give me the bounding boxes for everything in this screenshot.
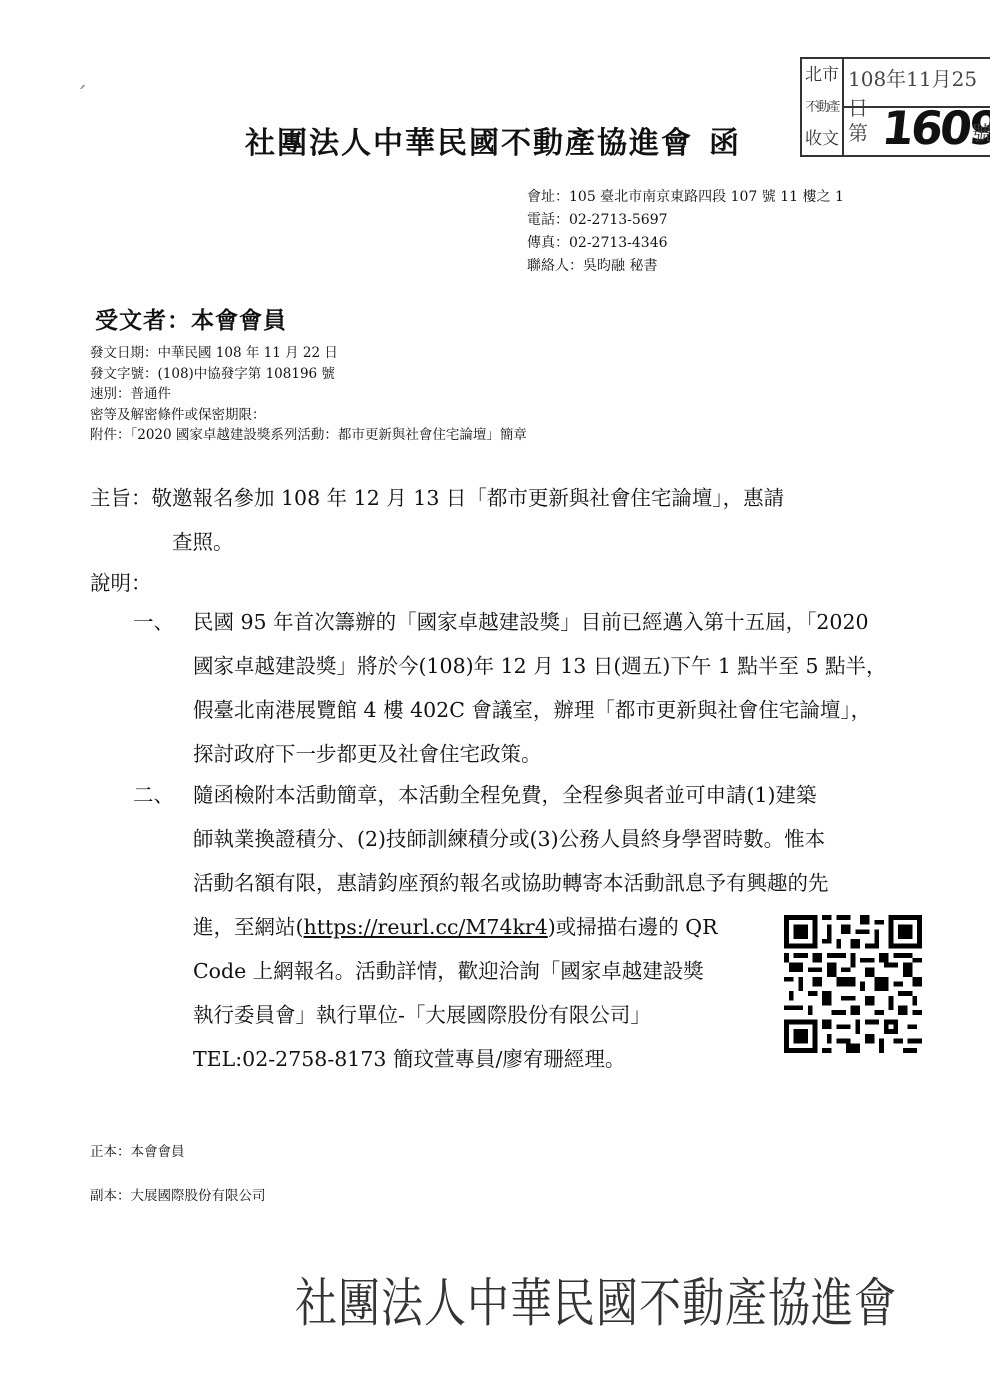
speed-category: 速別：普通件 — [90, 384, 527, 405]
document-type: 函 — [709, 126, 741, 161]
item-line-text: 進，至網站( — [193, 915, 304, 939]
item-line: 隨函檢附本活動簡章，本活動全程免費，全程參與者並可申請(1)建築 — [193, 773, 829, 817]
document-number: 發文字號：(108)中協發字第 108196 號 — [90, 364, 527, 385]
stamp-label-line3: 收文 — [802, 123, 842, 155]
stamp-suffix: 號 — [972, 117, 990, 146]
document-title: 社團法人中華民國不動產協進會函 — [245, 118, 741, 162]
stamp-label: 北市 不動產 收文 — [802, 59, 844, 155]
recipient: 受文者：本會會員 — [95, 302, 287, 335]
contact-block: 會址：105 臺北市南京東路四段 107 號 11 樓之 1 電話：02-271… — [527, 186, 844, 278]
subject: 主旨：敬邀報名參加 108 年 12 月 13 日「都市更新與社會住宅論壇」，惠… — [90, 476, 784, 564]
issue-date: 發文日期：中華民國 108 年 11 月 22 日 — [90, 343, 527, 364]
document-meta: 發文日期：中華民國 108 年 11 月 22 日 發文字號：(108)中協發字… — [90, 343, 527, 446]
item-line: 假臺北南港展覽館 4 樓 402C 會議室，辦理「都市更新與社會住宅論壇」， — [193, 688, 887, 732]
stamp-prefix: 第 — [848, 117, 868, 146]
item-line-text: )或掃描右邊的 QR — [548, 915, 718, 939]
distribution-original: 正本：本會會員 — [90, 1140, 185, 1160]
qr-code-icon[interactable] — [784, 915, 922, 1053]
organization-seal: 社團法人中華民國不動產協進會 — [295, 1262, 897, 1337]
subject-line2: 查照。 — [90, 520, 784, 564]
item-line: 執行委員會」執行單位-「大展國際股份有限公司」 — [193, 993, 829, 1037]
phone: 電話：02-2713-5697 — [527, 209, 844, 232]
classification: 密等及解密條件或保密期限： — [90, 405, 527, 426]
item-line: 民國 95 年首次籌辦的「國家卓越建設獎」目前已經邁入第十五屆，「2020 — [193, 600, 887, 644]
item-line: TEL:02-2758-8173 簡玟萱專員/廖宥珊經理。 — [193, 1037, 829, 1081]
item-marker: 一、 — [133, 600, 174, 644]
item-line: Code 上網報名。活動詳情，歡迎洽詢「國家卓越建設獎 — [193, 949, 829, 993]
item-line: 進，至網站(https://reurl.cc/M74kr4)或掃描右邊的 QR — [193, 905, 829, 949]
explanation-label: 說明： — [90, 566, 152, 596]
stamp-label-line2: 不動產 — [802, 91, 842, 123]
pen-mark: ˊ — [76, 84, 87, 109]
item-line: 國家卓越建設獎」將於今(108)年 12 月 13 日(週五)下午 1 點半至 … — [193, 644, 887, 688]
receipt-stamp: 北市 不動產 收文 108年11月25日 第 1609 號 — [800, 57, 990, 157]
item-marker: 二、 — [133, 773, 174, 817]
registration-link[interactable]: https://reurl.cc/M74kr4 — [304, 915, 548, 939]
contact-person: 聯絡人：吳昀融 秘書 — [527, 255, 844, 278]
organization-name: 社團法人中華民國不動產協進會 — [245, 126, 693, 161]
item-line: 師執業換證積分、(2)技師訓練積分或(3)公務人員終身學習時數。惟本 — [193, 817, 829, 861]
subject-line1: 主旨：敬邀報名參加 108 年 12 月 13 日「都市更新與社會住宅論壇」，惠… — [90, 476, 784, 520]
address: 會址：105 臺北市南京東路四段 107 號 11 樓之 1 — [527, 186, 844, 209]
item-line: 活動名額有限，惠請鈞座預約報名或協助轉寄本活動訊息予有興趣的先 — [193, 861, 829, 905]
stamp-label-line1: 北市 — [802, 59, 842, 91]
attachment: 附件：「2020 國家卓越建設獎系列活動：都市更新與社會住宅論壇」簡章 — [90, 425, 527, 446]
fax: 傳真：02-2713-4346 — [527, 232, 844, 255]
distribution-copy: 副本：大展國際股份有限公司 — [90, 1184, 266, 1204]
item-line: 探討政府下一步都更及社會住宅政策。 — [193, 732, 887, 776]
